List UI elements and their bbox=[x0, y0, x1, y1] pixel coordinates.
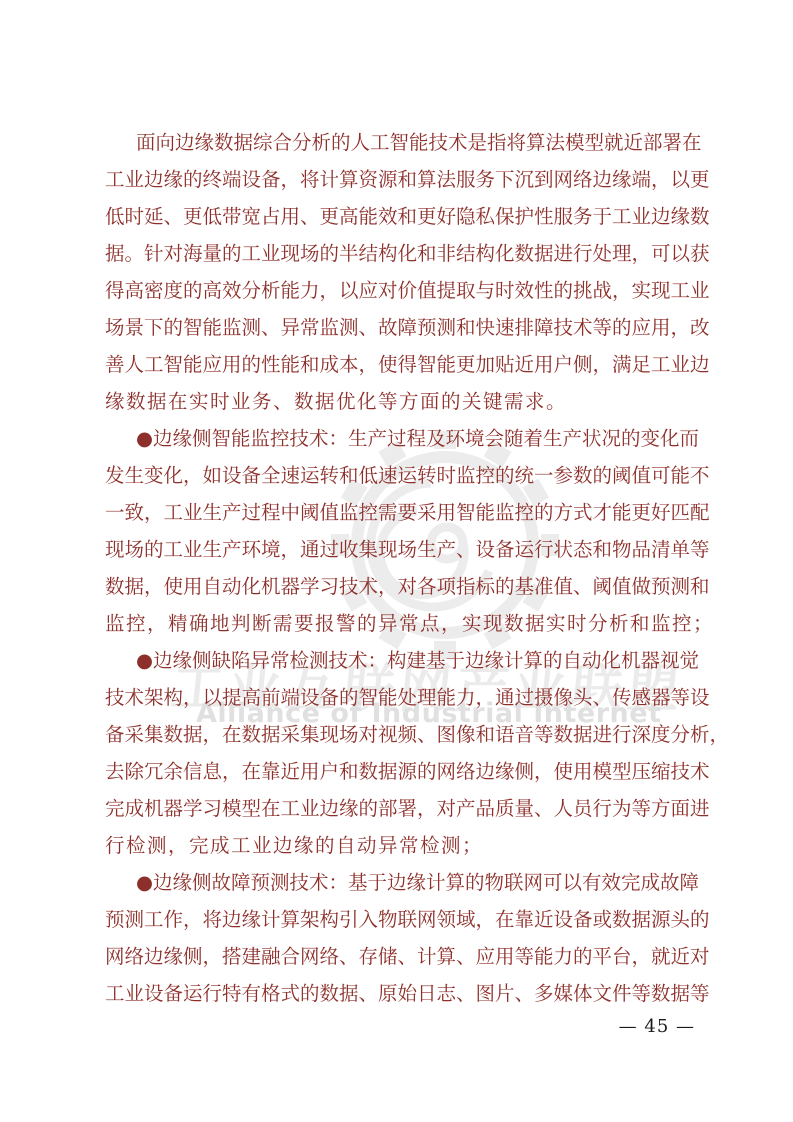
paragraph-first-line: ●边缘侧故障预测技术：基于边缘计算的物联网可以有效完成故障 bbox=[105, 864, 690, 901]
text-line: 现场的工业生产环境，通过收集现场生产、设备运行状态和物品清单等 bbox=[105, 531, 690, 568]
text-line: 缘数据在实时业务、数据优化等方面的关键需求。 bbox=[105, 383, 690, 420]
text-line: 一致，工业生产过程中阈值监控需要采用智能监控的方式才能更好匹配 bbox=[105, 494, 690, 531]
text-line: 得高密度的高效分析能力，以应对价值提取与时效性的挑战，实现工业 bbox=[105, 272, 690, 309]
text-line: 完成机器学习模型在工业边缘的部署，对产品质量、人员行为等方面进 bbox=[105, 790, 690, 827]
paragraph-first-line: ●边缘侧缺陷异常检测技术：构建基于边缘计算的自动化机器视觉 bbox=[105, 642, 690, 679]
text-line: 预测工作，将边缘计算架构引入物联网领域，在靠近设备或数据源头的 bbox=[105, 901, 690, 938]
text-line: 技术架构，以提高前端设备的智能处理能力，通过摄像头、传感器等设 bbox=[105, 679, 690, 716]
document-page: 工业互联网产业联盟 Alliance of Industrial Interne… bbox=[0, 0, 793, 1122]
text-line: 数据，使用自动化机器学习技术，对各项指标的基准值、阈值做预测和 bbox=[105, 568, 690, 605]
text-line: 据。针对海量的工业现场的半结构化和非结构化数据进行处理，可以获 bbox=[105, 235, 690, 272]
paragraph-first-line: 面向边缘数据综合分析的人工智能技术是指将算法模型就近部署在 bbox=[105, 124, 690, 161]
text-line: 工业边缘的终端设备，将计算资源和算法服务下沉到网络边缘端，以更 bbox=[105, 161, 690, 198]
text-line: 备采集数据，在数据采集现场对视频、图像和语音等数据进行深度分析， bbox=[105, 716, 690, 753]
page-number: — 45 — bbox=[619, 1016, 695, 1037]
text-line: 低时延、更低带宽占用、更高能效和更好隐私保护性服务于工业边缘数 bbox=[105, 198, 690, 235]
document-text: 面向边缘数据综合分析的人工智能技术是指将算法模型就近部署在工业边缘的终端设备，将… bbox=[105, 124, 690, 1012]
text-line: 发生变化，如设备全速运转和低速运转时监控的统一参数的阈值可能不 bbox=[105, 457, 690, 494]
text-line: 工业设备运行特有格式的数据、原始日志、图片、多媒体文件等数据等 bbox=[105, 975, 690, 1012]
text-line: 行检测，完成工业边缘的自动异常检测； bbox=[105, 827, 690, 864]
text-line: 网络边缘侧，搭建融合网络、存储、计算、应用等能力的平台，就近对 bbox=[105, 938, 690, 975]
paragraph-first-line: ●边缘侧智能监控技术：生产过程及环境会随着生产状况的变化而 bbox=[105, 420, 690, 457]
text-line: 善人工智能应用的性能和成本，使得智能更加贴近用户侧，满足工业边 bbox=[105, 346, 690, 383]
text-line: 场景下的智能监测、异常监测、故障预测和快速排障技术等的应用，改 bbox=[105, 309, 690, 346]
text-line: 监控，精确地判断需要报警的异常点，实现数据实时分析和监控； bbox=[105, 605, 690, 642]
text-line: 去除冗余信息，在靠近用户和数据源的网络边缘侧，使用模型压缩技术 bbox=[105, 753, 690, 790]
